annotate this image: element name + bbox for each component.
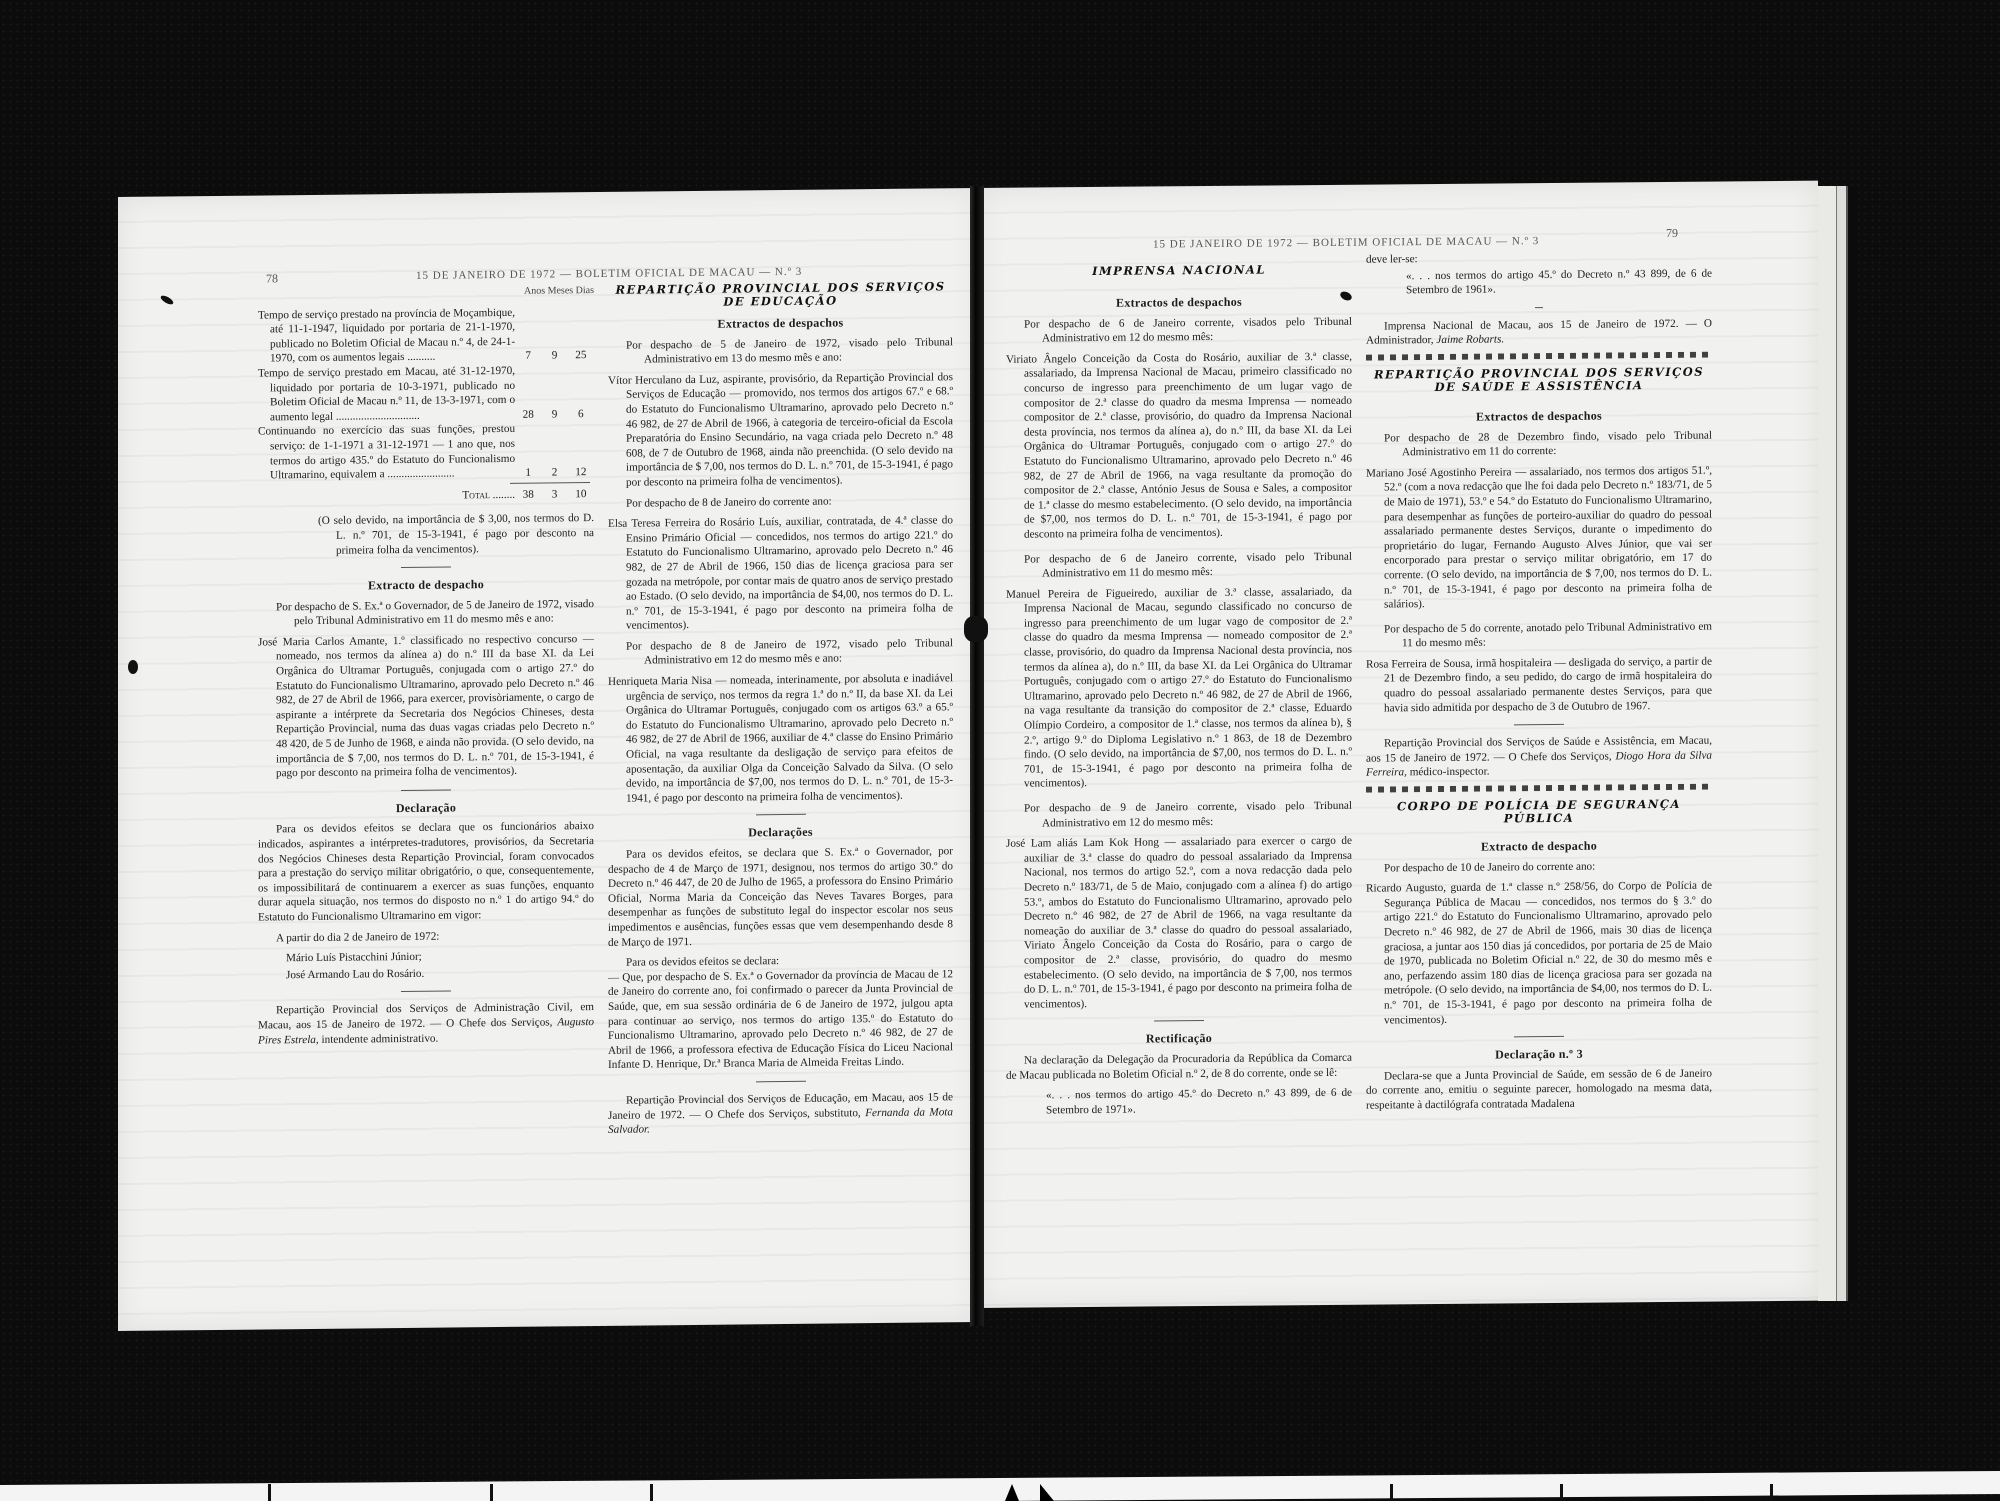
row-dias: 25 (568, 305, 594, 364)
divider (401, 991, 451, 993)
right-column-2: deve ler-se: «. . . nos termos do artigo… (1366, 250, 1712, 1120)
section-title-imprensa: Imprensa Nacional (1006, 263, 1352, 279)
film-mark (650, 1484, 653, 1501)
running-header-left: 15 de Janeiro de 1972 — Boletim Oficial … (416, 266, 802, 282)
section-title-educacao: Repartição Provincial dos Serviços de Ed… (608, 280, 953, 310)
entry-intro: Por despacho de 9 de Janeiro corrente, v… (1006, 799, 1352, 831)
row-description: Continuando no exercício das suas funçõe… (258, 422, 515, 483)
extracto-intro: Por despacho de S. Ex.ª o Governador, de… (258, 597, 594, 630)
policia-intro: Por despacho de 10 de Janeiro do corrent… (1366, 858, 1712, 876)
scan-speck (128, 660, 138, 674)
entry-body: Mariano José Agostinho Pereira — assalar… (1366, 463, 1712, 612)
total-meses: 3 (541, 487, 567, 502)
declaracao-body: Para os devidos efeitos se declara que o… (258, 819, 594, 925)
table-row: Tempo de serviço prestado em Macau, até … (258, 363, 594, 425)
table-row: Tempo de serviço prestado na província d… (258, 305, 594, 367)
saude-subtitle: Extractos de despachos (1366, 408, 1712, 426)
book-gutter (970, 186, 984, 1326)
table-row: Continuando no exercício das suas funçõe… (258, 421, 594, 483)
rectificacao-quote-right: «. . . nos termos do artigo 45.º do Decr… (1366, 266, 1712, 298)
left-column-1: Anos Meses Dias Tempo de serviço prestad… (258, 284, 594, 1054)
gutter-clip (964, 616, 988, 642)
row-description: Tempo de serviço prestado em Macau, até … (258, 364, 515, 425)
film-mark (490, 1484, 493, 1501)
rectificacao-body: Na declaração da Delegação da Procurador… (1006, 1051, 1352, 1083)
closing-text: Imprensa Nacional de Macau, aos 15 de Ja… (1366, 317, 1712, 347)
entry-body: Henriqueta Maria Nisa — nomeada, interin… (608, 671, 953, 806)
extracto-title: Extracto de despacho (258, 576, 594, 594)
entry-body: Elsa Teresa Ferreira do Rosário Luís, au… (608, 513, 953, 633)
section-title-saude: Repartição Provincial dos Serviços de Sa… (1366, 366, 1712, 395)
closing-imprensa: Imprensa Nacional de Macau, aos 15 de Ja… (1366, 316, 1712, 348)
entry-intro: Por despacho de 28 de Dezembro findo, vi… (1366, 428, 1712, 460)
ornamental-divider (1366, 784, 1712, 793)
closing-educacao: Repartição Provincial dos Serviços de Ed… (608, 1090, 953, 1137)
educacao-subtitle: Extractos de despachos (608, 314, 953, 332)
row-meses: 9 (541, 363, 567, 422)
rectificacao-deve-ler: deve ler-se: (1366, 250, 1712, 268)
divider (756, 1081, 806, 1083)
col-anos: Anos (524, 286, 545, 297)
declaracao-date: A partir do dia 2 de Janeiro de 1972: (258, 928, 594, 946)
entry-intro: Por despacho de 6 de Janeiro corrente, v… (1006, 549, 1352, 581)
entry-intro: Por despacho de 5 do corrente, anotado p… (1366, 619, 1712, 651)
declaracoes-para2: — Que, por despacho de S. Ex.ª o Governa… (608, 967, 953, 1073)
col-dias: Dias (576, 285, 594, 296)
divider (1154, 1020, 1204, 1021)
rectificacao-title: Rectificação (1006, 1030, 1352, 1048)
divider (401, 789, 451, 791)
divider (1514, 724, 1564, 725)
film-mark (1560, 1484, 1563, 1501)
right-page: 15 de Janeiro de 1972 — Boletim Oficial … (978, 181, 1818, 1308)
rectificacao-quote-wrong: «. . . nos termos do artigo 45.º do Decr… (1006, 1086, 1352, 1118)
declaracao-name: Mário Luís Pistacchini Júnior; (286, 948, 594, 966)
row-dias: 12 (568, 421, 594, 480)
entry-body: Viriato Ângelo Conceição da Costa do Ros… (1006, 350, 1352, 543)
policia-body: Ricardo Augusto, guarda de 1.ª classe n.… (1366, 879, 1712, 1028)
selo-note: (O selo devido, na importância de $ 3,00… (318, 511, 594, 558)
row-anos: 28 (515, 364, 541, 423)
ornamental-divider (1366, 352, 1712, 361)
entry-body: Vítor Herculano da Luz, aspirante, provi… (608, 370, 953, 490)
total-dias: 10 (568, 487, 594, 502)
film-mark (1770, 1484, 1773, 1501)
row-anos: 7 (515, 305, 541, 364)
row-description: Tempo de serviço prestado na província d… (258, 305, 515, 366)
entry-intro: Por despacho de 6 de Janeiro corrente, v… (1006, 314, 1352, 346)
declaracao-n3-title: Declaração n.º 3 (1366, 1046, 1712, 1064)
divider (1514, 1036, 1564, 1037)
signature-role: médico-inspector. (1410, 766, 1490, 779)
film-mark (1390, 1484, 1393, 1501)
closing-text: Repartição Provincial dos Serviços de Ad… (258, 1001, 594, 1031)
declaracao-name: José Armando Lau do Rosário. (286, 965, 594, 983)
divider (1535, 307, 1543, 308)
page-number-left: 78 (266, 271, 278, 286)
right-column-1: Imprensa Nacional Extractos de despachos… (1006, 263, 1352, 1124)
policia-subtitle: Extracto de despacho (1366, 838, 1712, 856)
page-stack-edge (1818, 186, 1858, 1301)
section-title-policia: Corpo de Polícia de Segurança Pública (1366, 798, 1712, 827)
closing-saude: Repartição Provincial dos Serviços de Sa… (1366, 734, 1712, 781)
extracto-body: José Maria Carlos Amante, 1.º classifica… (258, 632, 594, 781)
total-label: Total ........ (258, 488, 515, 505)
entry-body: Manuel Pereira de Figueiredo, auxiliar d… (1006, 584, 1352, 791)
signature: Jaime Robarts. (1436, 334, 1504, 347)
film-mark (268, 1484, 271, 1501)
entry-intro: Por despacho de 5 de Janeiro de 1972, vi… (608, 335, 953, 368)
row-anos: 1 (515, 422, 541, 481)
declaracao-title: Declaração (258, 799, 594, 817)
closing-admin-civil: Repartição Provincial dos Serviços de Ad… (258, 1000, 594, 1047)
row-meses: 9 (541, 305, 567, 364)
left-page: 78 15 de Janeiro de 1972 — Boletim Ofici… (118, 188, 978, 1331)
total-row: Total ........ 38 3 10 (258, 487, 594, 505)
entry-body: Rosa Ferreira de Sousa, irmã hospitaleir… (1366, 654, 1712, 715)
entry-intro: Por despacho de 8 de Janeiro do corrente… (608, 493, 953, 511)
signature-role: intendente administrativo. (322, 1032, 439, 1045)
declaracoes-para1: Para os devidos efeitos, se declara que … (608, 844, 953, 950)
page-number-right: 79 (1666, 226, 1678, 241)
total-divider (510, 482, 590, 484)
imprensa-subtitle: Extractos de despachos (1006, 294, 1352, 312)
col-meses: Meses (548, 285, 574, 296)
running-header-right: 15 de Janeiro de 1972 — Boletim Oficial … (1153, 235, 1539, 250)
entry-intro: Por despacho de 8 de Janeiro de 1972, vi… (608, 636, 953, 669)
entry-body: José Lam aliás Lam Kok Hong — assalariad… (1006, 834, 1352, 1012)
divider (401, 567, 451, 569)
left-column-2: Repartição Provincial dos Serviços de Ed… (608, 280, 953, 1143)
total-anos: 38 (515, 487, 541, 502)
declaracoes-title: Declarações (608, 824, 953, 842)
declaracao-n3-body: Declara-se que a Junta Provincial de Saú… (1366, 1066, 1712, 1113)
divider (756, 814, 806, 816)
service-time-table: Anos Meses Dias Tempo de serviço prestad… (258, 284, 594, 483)
row-dias: 6 (568, 363, 594, 422)
row-meses: 2 (541, 422, 567, 481)
